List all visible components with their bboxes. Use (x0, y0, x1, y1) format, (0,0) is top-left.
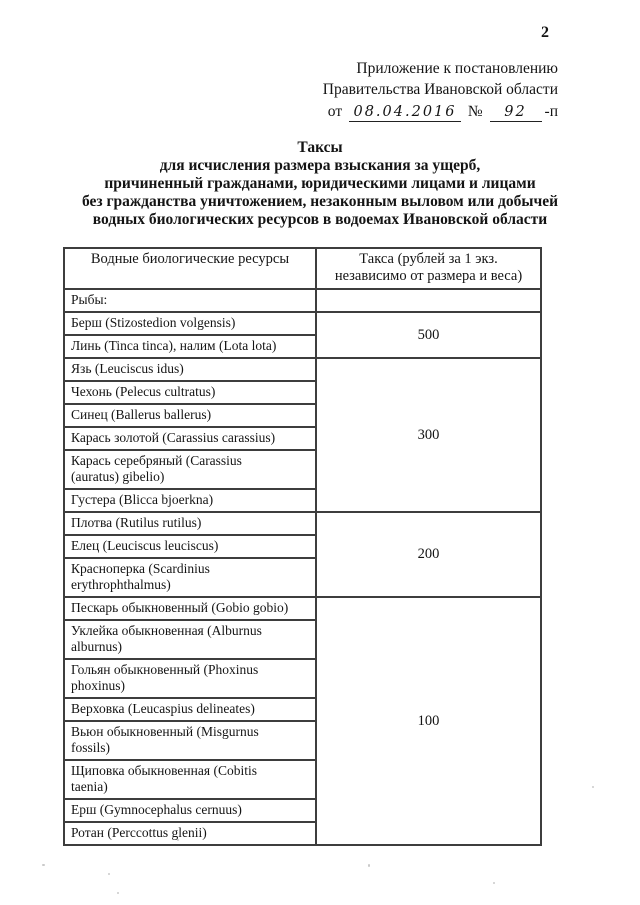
species-cell: Щиповка обыкновенная (Cobitis taenia) (64, 760, 316, 799)
species-cell: Гольян обыкновенный (Phoxinus phoxinus) (64, 659, 316, 698)
species-cell: Язь (Leuciscus idus) (64, 358, 316, 381)
scan-speck (368, 864, 370, 867)
title-line-1: Таксы (0, 139, 640, 157)
species-cell: Густера (Blicca bjoerkna) (64, 489, 316, 512)
scan-speck (108, 873, 110, 875)
species-cell: Красноперка (Scardinius erythrophthalmus… (64, 558, 316, 597)
species-cell: Плотва (Rutilus rutilus) (64, 512, 316, 535)
tariff-table: Водные биологические ресурсы Такса (рубл… (63, 247, 542, 846)
species-cell: Карась серебряный (Carassius (auratus) g… (64, 450, 316, 489)
page-number: 2 (541, 24, 550, 42)
species-cell: Рыбы: (64, 289, 316, 312)
species-cell: Вьюн обыкновенный (Misgurnus fossils) (64, 721, 316, 760)
table-header-row: Водные биологические ресурсы Такса (рубл… (64, 248, 541, 289)
table-body: Рыбы:Берш (Stizostedion volgensis)500Лин… (64, 289, 541, 845)
table-row: Рыбы: (64, 289, 541, 312)
handwritten-number: 92 (490, 104, 542, 122)
species-cell: Ротан (Perccottus glenii) (64, 822, 316, 845)
title-line-3: причиненный гражданами, юридическими лиц… (0, 175, 640, 193)
rate-cell: 100 (316, 597, 541, 845)
document-reference: Приложение к постановлению Правительства… (323, 58, 558, 122)
scan-speck (117, 892, 119, 894)
handwritten-date: 08.04.2016 (349, 104, 461, 122)
species-cell: Ерш (Gymnocephalus cernuus) (64, 799, 316, 822)
species-cell: Берш (Stizostedion volgensis) (64, 312, 316, 335)
rate-header-line-2: независимо от размера и веса) (323, 268, 534, 285)
scan-speck (177, 839, 179, 841)
table-row: Плотва (Rutilus rutilus)200 (64, 512, 541, 535)
rate-cell: 500 (316, 312, 541, 358)
table-row: Берш (Stizostedion volgensis)500 (64, 312, 541, 335)
reference-line-2: Правительства Ивановской области (323, 79, 558, 100)
number-suffix: -п (545, 103, 558, 120)
species-cell: Синец (Ballerus ballerus) (64, 404, 316, 427)
scan-speck (42, 864, 45, 866)
number-sign: № (468, 103, 483, 120)
rate-cell: 200 (316, 512, 541, 597)
species-cell: Уклейка обыкновенная (Alburnus alburnus) (64, 620, 316, 659)
rate-cell (316, 289, 541, 312)
title-line-2: для исчисления размера взыскания за ущер… (0, 157, 640, 175)
species-cell: Верховка (Leucaspius delineates) (64, 698, 316, 721)
rate-cell: 300 (316, 358, 541, 512)
reference-line-1: Приложение к постановлению (323, 58, 558, 79)
reference-line-3: от 08.04.2016 № 92-п (323, 101, 558, 122)
species-cell: Пескарь обыкновенный (Gobio gobio) (64, 597, 316, 620)
species-cell: Карась золотой (Carassius carassius) (64, 427, 316, 450)
species-cell: Линь (Tinca tinca), налим (Lota lota) (64, 335, 316, 358)
scanned-document-page: { "page": { "number": "2" }, "ref": { "l… (0, 0, 640, 905)
title-line-4: без гражданства уничтожением, незаконным… (0, 193, 640, 211)
table-row: Язь (Leuciscus idus)300 (64, 358, 541, 381)
table-row: Пескарь обыкновенный (Gobio gobio)100 (64, 597, 541, 620)
rate-header-line-1: Такса (рублей за 1 экз. (323, 251, 534, 268)
resources-column-header: Водные биологические ресурсы (64, 248, 316, 289)
from-label: от (328, 103, 342, 120)
scan-speck (493, 882, 495, 884)
rate-column-header: Такса (рублей за 1 экз. независимо от ра… (316, 248, 541, 289)
species-cell: Чехонь (Pelecus cultratus) (64, 381, 316, 404)
document-title: Таксы для исчисления размера взыскания з… (0, 139, 640, 229)
scan-speck (592, 786, 594, 788)
species-cell: Елец (Leuciscus leuciscus) (64, 535, 316, 558)
title-line-5: водных биологических ресурсов в водоемах… (0, 211, 640, 229)
